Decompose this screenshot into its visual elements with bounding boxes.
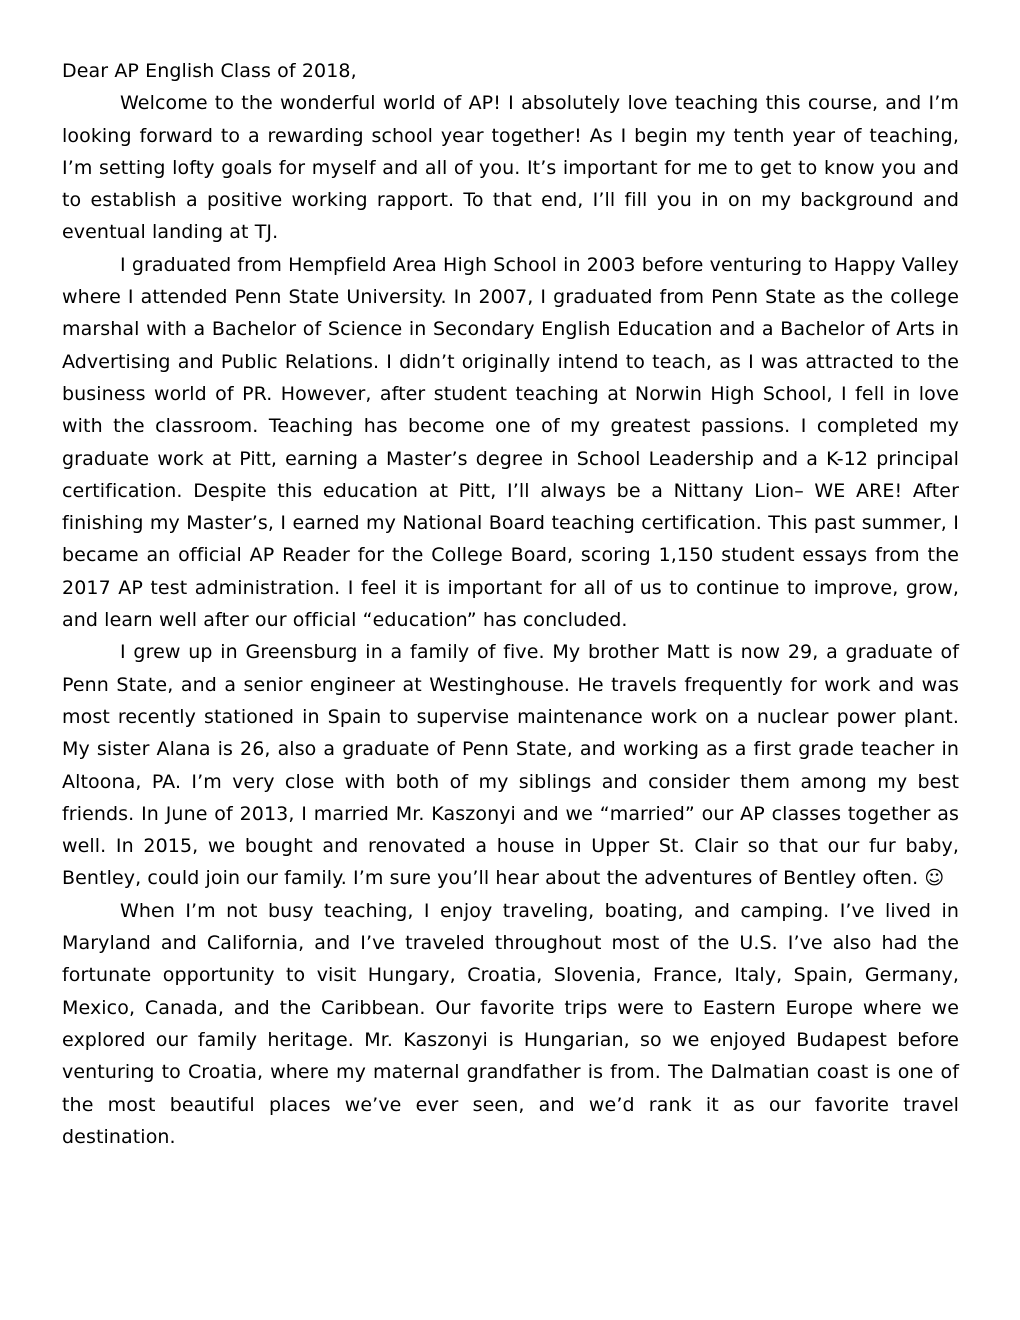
letter-paragraph-background: I graduated from Hempfield Area High Sch… (62, 249, 959, 637)
letter-paragraph-family: I grew up in Greensburg in a family of f… (62, 636, 959, 894)
letter-page: Dear AP English Class of 2018, Welcome t… (0, 0, 1020, 1320)
letter-salutation: Dear AP English Class of 2018, (62, 55, 959, 87)
letter-paragraph-travel: When I’m not busy teaching, I enjoy trav… (62, 895, 959, 1153)
letter-paragraph-welcome: Welcome to the wonderful world of AP! I … (62, 87, 959, 248)
